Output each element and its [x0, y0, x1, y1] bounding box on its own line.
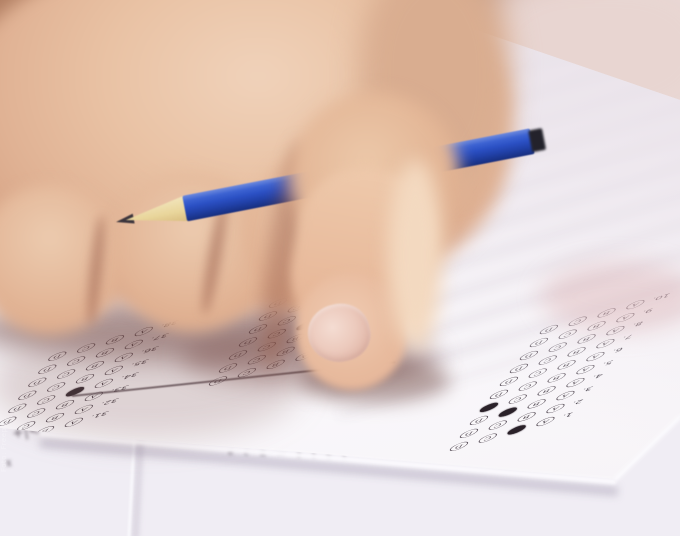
finger-lit-edge — [388, 160, 443, 350]
photo-credit-watermark: Foto: Freepik — [0, 352, 11, 472]
photo-canvas: e c n — s t c t +|< |< x 1.ACD2.ABCD3.AB… — [0, 0, 680, 536]
pencil-graphite-tip — [115, 214, 135, 227]
